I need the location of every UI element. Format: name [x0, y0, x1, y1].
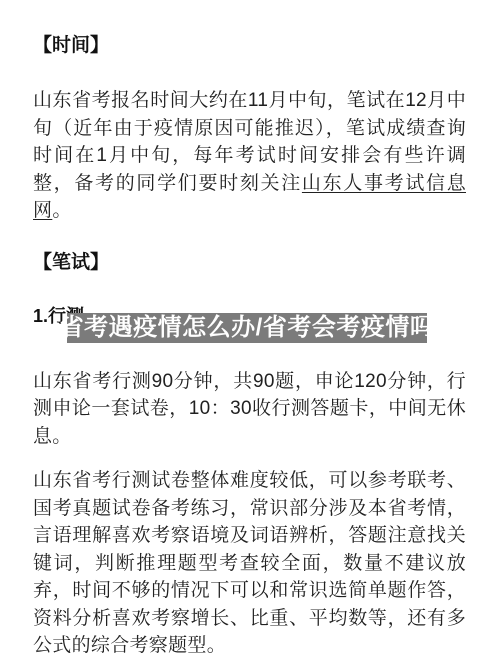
paragraph-xingce-format: 山东省考行测90分钟，共90题，申论120分钟，行测申论一套试卷，10：30收行… — [33, 368, 466, 451]
paragraph-xingce-difficulty: 山东省考行测试卷整体难度较低，可以参考联考、国考真题试卷备考练习，常识部分涉及本… — [33, 467, 466, 660]
article-page: { "article": { "section_time": { "headin… — [0, 0, 500, 666]
overlay-banner: 省考遇疫情怎么办/省考会考疫情吗 — [67, 313, 427, 343]
section-heading-time: 【时间】 — [33, 34, 466, 58]
section-heading-written-test: 【笔试】 — [33, 251, 466, 275]
paragraph-exam-time: 山东省考报名时间大约在11月中旬，笔试在12月中旬（近年由于疫情原因可能推迟），… — [33, 87, 466, 225]
overlay-banner-title: 省考遇疫情怎么办/省考会考疫情吗 — [60, 313, 435, 343]
paragraph-exam-time-period: 。 — [52, 200, 71, 221]
